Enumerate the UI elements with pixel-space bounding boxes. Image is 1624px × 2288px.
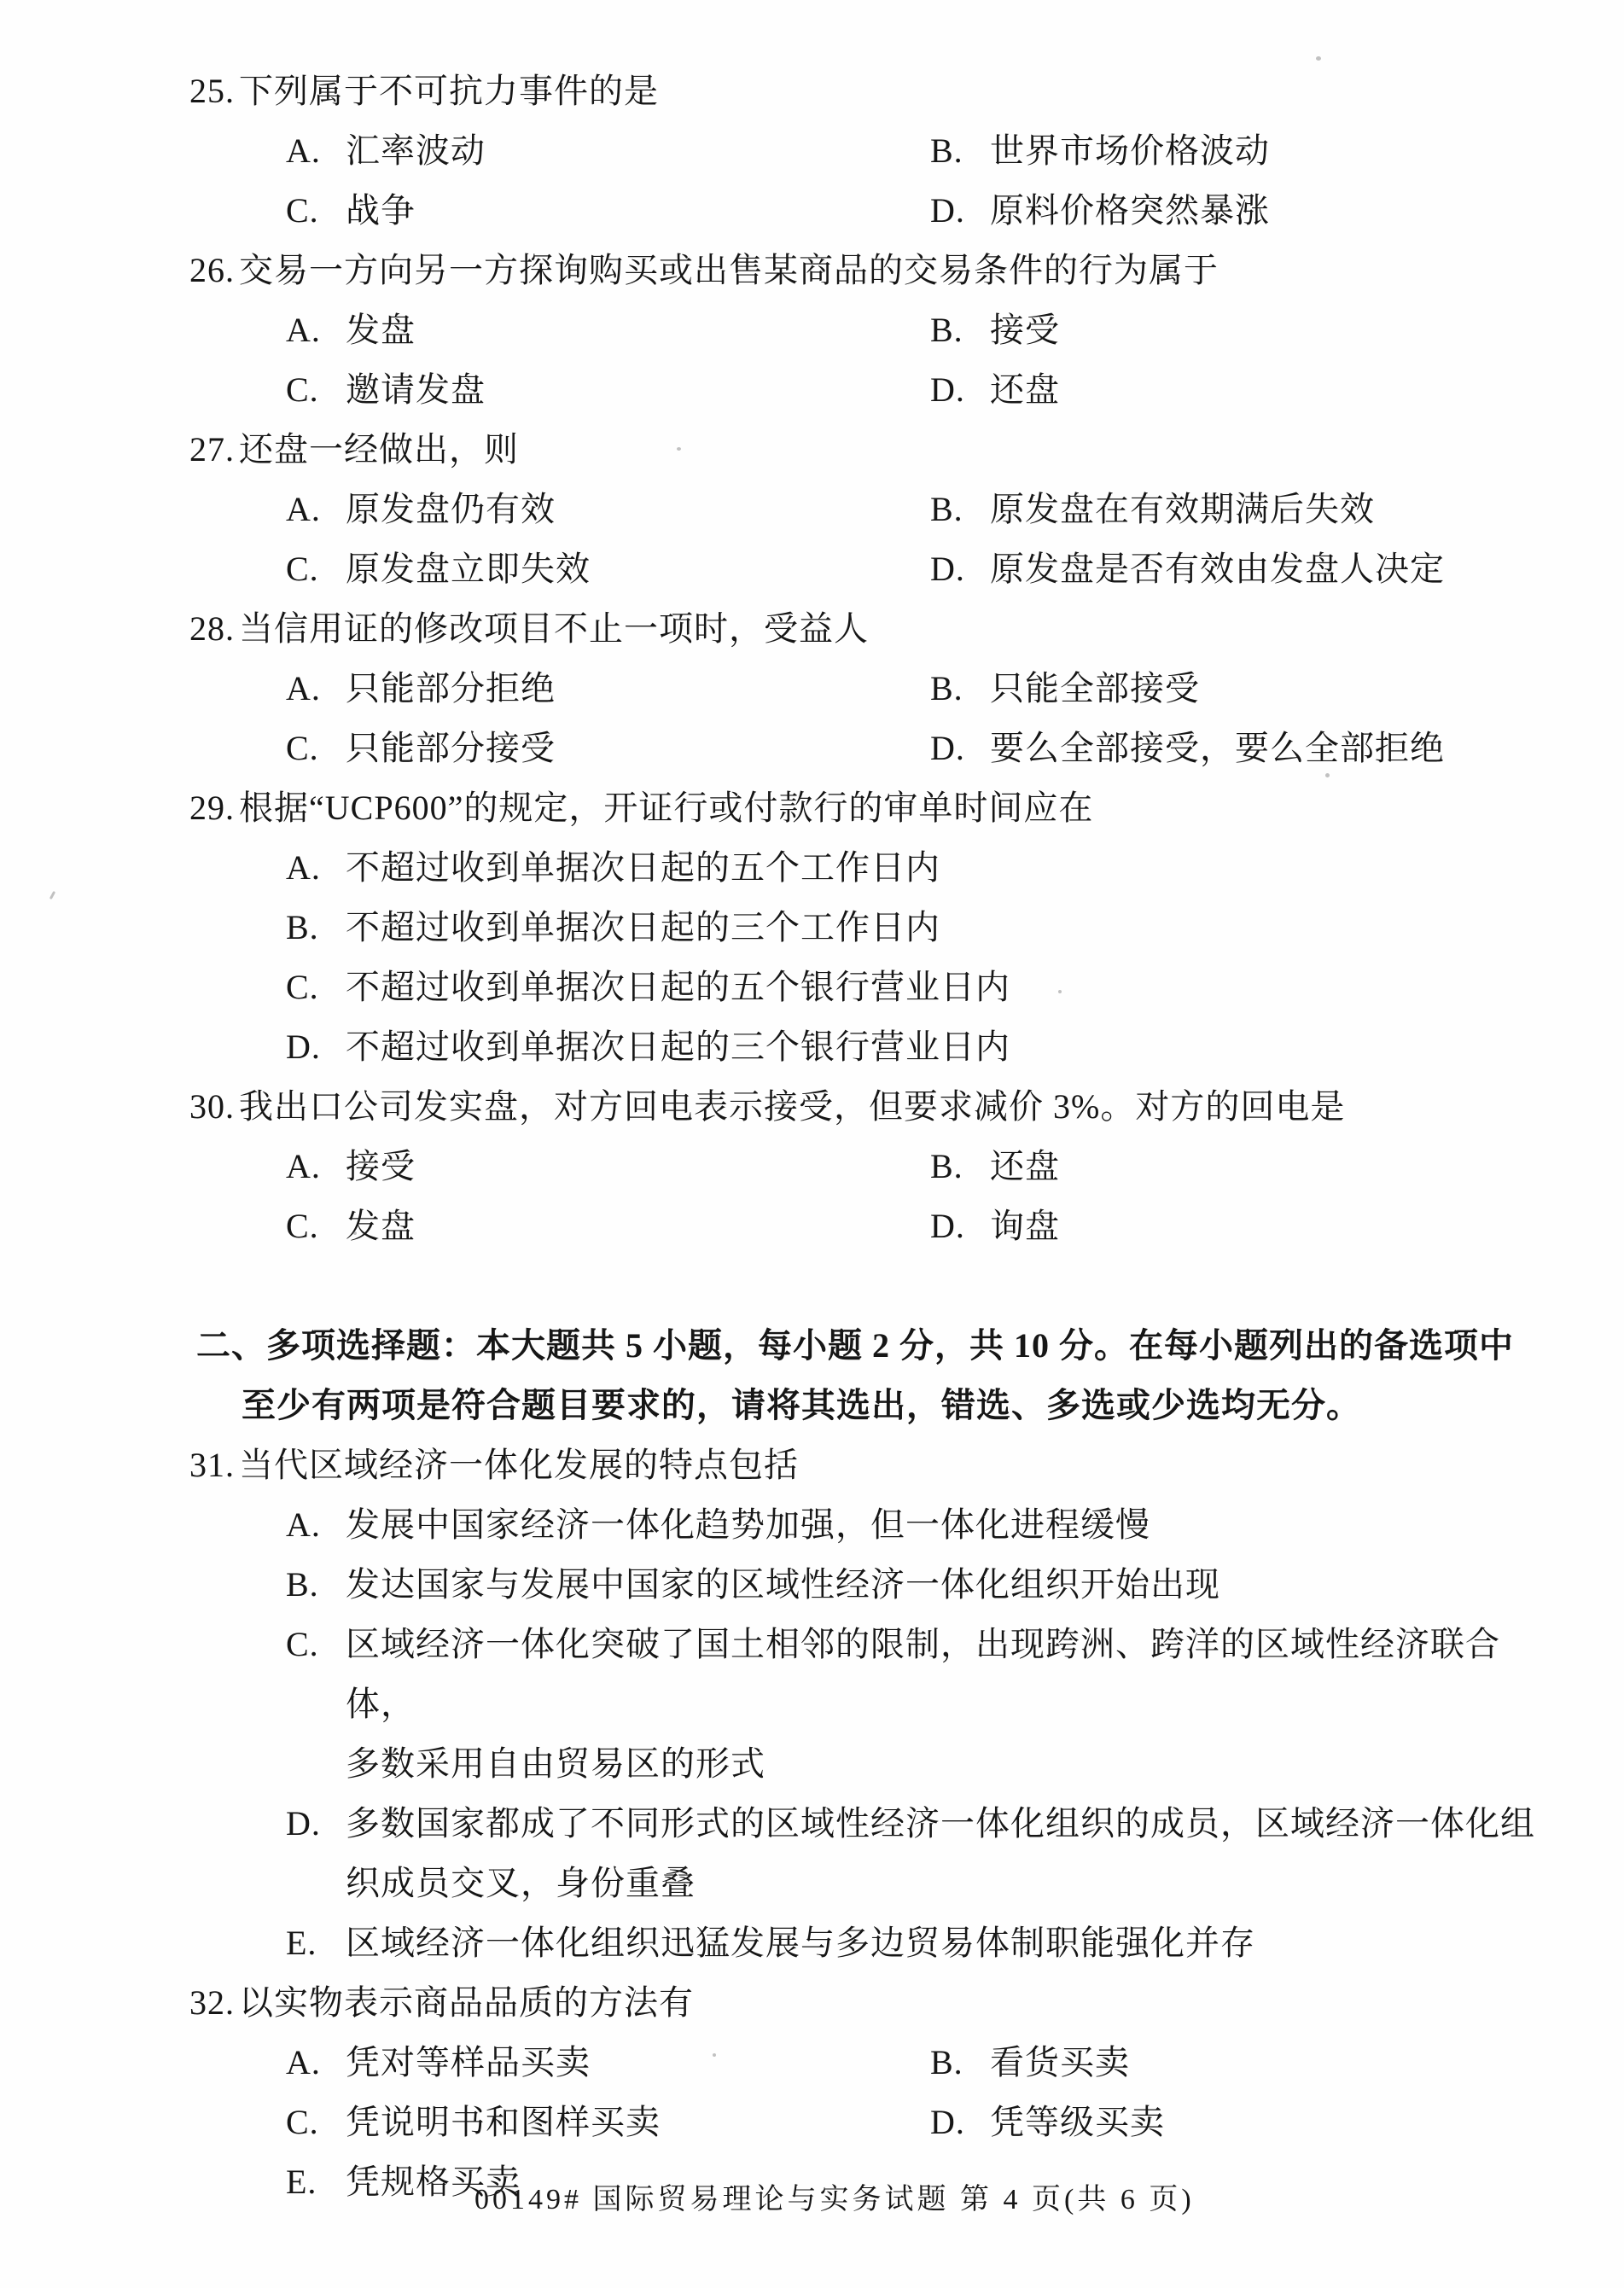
question-31-option-b-row: B. 发达国家与发展中国家的区域性经济一体化组织开始出现 [0, 1555, 1624, 1615]
option-29-c-letter: C. [286, 958, 346, 1017]
option-28-d: D. 要么全部接受，要么全部拒绝 [930, 719, 1624, 778]
option-32-a: A. 凭对等样品买卖 [286, 2033, 930, 2093]
option-29-b: B. 不超过收到单据次日起的三个工作日内 [286, 898, 1540, 958]
option-31-a-text: 发展中国家经济一体化趋势加强，但一体化进程缓慢 [346, 1495, 1540, 1555]
option-25-a-letter: A. [286, 121, 346, 181]
option-30-b: B. 还盘 [930, 1137, 1624, 1196]
option-25-b: B. 世界市场价格波动 [930, 121, 1624, 181]
option-27-a: A. 原发盘仍有效 [286, 480, 930, 539]
option-30-b-text: 还盘 [990, 1137, 1624, 1196]
option-26-c: C. 邀请发盘 [286, 360, 930, 420]
option-26-c-letter: C. [286, 360, 346, 420]
option-26-b-text: 接受 [990, 300, 1624, 360]
page-footer: 00149# 国际贸易理论与实务试题 第 4 页(共 6 页) [474, 2181, 1195, 2219]
question-29-number: 29. [189, 778, 239, 838]
option-31-c-text: 区域经济一体化突破了国土相邻的限制，出现跨洲、跨洋的区域性经济联合体， 多数采用… [346, 1615, 1540, 1794]
question-28-options-row-1: A. 只能部分拒绝 B. 只能全部接受 [0, 659, 1624, 719]
option-31-b-letter: B. [286, 1555, 346, 1615]
scan-speck [353, 1231, 357, 1235]
question-30-options-row-2: C. 发盘 D. 询盘 [0, 1196, 1624, 1256]
question-29-option-c-row: C. 不超过收到单据次日起的五个银行营业日内 [0, 958, 1624, 1017]
question-28: 28. 当信用证的修改项目不止一项时，受益人 [0, 599, 1624, 659]
question-25-options-row-2: C. 战争 D. 原料价格突然暴涨 [0, 181, 1624, 241]
option-25-b-letter: B. [930, 121, 990, 181]
option-30-d-letter: D. [930, 1196, 990, 1256]
option-26-d: D. 还盘 [930, 360, 1624, 420]
question-29-text: 根据“UCP600”的规定，开证行或付款行的审单时间应在 [239, 778, 1624, 838]
option-30-c: C. 发盘 [286, 1196, 930, 1256]
option-27-d: D. 原发盘是否有效由发盘人决定 [930, 539, 1624, 599]
question-28-options-row-2: C. 只能部分接受 D. 要么全部接受，要么全部拒绝 [0, 719, 1624, 778]
question-30-number: 30. [189, 1077, 239, 1137]
question-29-option-a-row: A. 不超过收到单据次日起的五个工作日内 [0, 838, 1624, 898]
question-31-option-a-row: A. 发展中国家经济一体化趋势加强，但一体化进程缓慢 [0, 1495, 1624, 1555]
question-31: 31. 当代区域经济一体化发展的特点包括 [0, 1435, 1624, 1495]
option-28-d-letter: D. [930, 719, 990, 778]
exam-content: 25. 下列属于不可抗力事件的是 A. 汇率波动 B. 世界市场价格波动 C. … [0, 61, 1624, 2212]
option-29-c-text: 不超过收到单据次日起的五个银行营业日内 [346, 958, 1540, 1017]
option-30-a-text: 接受 [346, 1137, 930, 1196]
option-26-d-text: 还盘 [990, 360, 1624, 420]
option-27-b-text: 原发盘在有效期满后失效 [990, 480, 1624, 539]
option-32-d: D. 凭等级买卖 [930, 2093, 1624, 2152]
option-25-c-letter: C. [286, 181, 346, 241]
option-27-a-text: 原发盘仍有效 [346, 480, 930, 539]
option-32-c-letter: C. [286, 2093, 346, 2152]
option-32-d-text: 凭等级买卖 [990, 2093, 1624, 2152]
question-32-options-row-1: A. 凭对等样品买卖 B. 看货买卖 [0, 2033, 1624, 2093]
question-29: 29. 根据“UCP600”的规定，开证行或付款行的审单时间应在 [0, 778, 1624, 838]
option-31-a-letter: A. [286, 1495, 346, 1555]
option-30-d-text: 询盘 [990, 1196, 1624, 1256]
question-31-option-c-row: C. 区域经济一体化突破了国土相邻的限制，出现跨洲、跨洋的区域性经济联合体， 多… [0, 1615, 1624, 1794]
question-30-text: 我出口公司发实盘，对方回电表示接受，但要求减价 3%。对方的回电是 [239, 1077, 1624, 1137]
question-26-options-row-1: A. 发盘 B. 接受 [0, 300, 1624, 360]
scan-speck [713, 2053, 716, 2057]
option-32-b: B. 看货买卖 [930, 2033, 1624, 2093]
option-31-e-letter: E. [286, 1913, 346, 1973]
option-32-e-letter: E. [286, 2152, 346, 2212]
option-26-c-text: 邀请发盘 [346, 360, 930, 420]
scan-speck [1325, 773, 1330, 777]
option-28-b: B. 只能全部接受 [930, 659, 1624, 719]
option-27-b: B. 原发盘在有效期满后失效 [930, 480, 1624, 539]
question-25-text: 下列属于不可抗力事件的是 [239, 61, 1624, 121]
section-gap [0, 1256, 1624, 1316]
option-29-d: D. 不超过收到单据次日起的三个银行营业日内 [286, 1017, 1540, 1077]
option-25-d-letter: D. [930, 181, 990, 241]
question-32-number: 32. [189, 1973, 239, 2033]
option-31-b-text: 发达国家与发展中国家的区域性经济一体化组织开始出现 [346, 1555, 1540, 1615]
scan-speck [677, 447, 681, 451]
option-28-d-text: 要么全部接受，要么全部拒绝 [990, 719, 1624, 778]
option-25-d: D. 原料价格突然暴涨 [930, 181, 1624, 241]
question-26-number: 26. [189, 241, 239, 300]
option-28-b-text: 只能全部接受 [990, 659, 1624, 719]
option-29-d-letter: D. [286, 1017, 346, 1077]
option-28-c-letter: C. [286, 719, 346, 778]
option-25-d-text: 原料价格突然暴涨 [990, 181, 1624, 241]
option-32-a-text: 凭对等样品买卖 [346, 2033, 930, 2093]
option-25-a: A. 汇率波动 [286, 121, 930, 181]
option-27-d-letter: D. [930, 539, 990, 599]
option-25-a-text: 汇率波动 [346, 121, 930, 181]
option-29-b-text: 不超过收到单据次日起的三个工作日内 [346, 898, 1540, 958]
section-2-header-line-1: 二、多项选择题：本大题共 5 小题，每小题 2 分，共 10 分。在每小题列出的… [0, 1316, 1624, 1376]
option-30-c-text: 发盘 [346, 1196, 930, 1256]
option-32-b-letter: B. [930, 2033, 990, 2093]
option-26-d-letter: D. [930, 360, 990, 420]
option-31-d-letter: D. [286, 1794, 346, 1854]
option-25-c-text: 战争 [346, 181, 930, 241]
question-32-text: 以实物表示商品品质的方法有 [239, 1973, 1624, 2033]
question-28-text: 当信用证的修改项目不止一项时，受益人 [239, 599, 1624, 659]
option-31-c-letter: C. [286, 1615, 346, 1674]
option-31-c: C. 区域经济一体化突破了国土相邻的限制，出现跨洲、跨洋的区域性经济联合体， 多… [286, 1615, 1540, 1794]
option-27-b-letter: B. [930, 480, 990, 539]
option-32-c-text: 凭说明书和图样买卖 [346, 2093, 930, 2152]
option-28-b-letter: B. [930, 659, 990, 719]
question-31-number: 31. [189, 1435, 239, 1495]
option-32-a-letter: A. [286, 2033, 346, 2093]
option-32-d-letter: D. [930, 2093, 990, 2152]
question-25-options-row-1: A. 汇率波动 B. 世界市场价格波动 [0, 121, 1624, 181]
option-29-a-text: 不超过收到单据次日起的五个工作日内 [346, 838, 1540, 898]
option-27-c: C. 原发盘立即失效 [286, 539, 930, 599]
option-26-a-text: 发盘 [346, 300, 930, 360]
option-30-d: D. 询盘 [930, 1196, 1624, 1256]
option-31-e-text: 区域经济一体化组织迅猛发展与多边贸易体制职能强化并存 [346, 1913, 1540, 1973]
option-29-b-letter: B. [286, 898, 346, 958]
option-26-b-letter: B. [930, 300, 990, 360]
option-32-b-text: 看货买卖 [990, 2033, 1624, 2093]
option-27-c-text: 原发盘立即失效 [346, 539, 930, 599]
scan-speck [1058, 990, 1062, 993]
question-25: 25. 下列属于不可抗力事件的是 [0, 61, 1624, 121]
question-31-option-d-row: D. 多数国家都成了不同形式的区域性经济一体化组织的成员，区域经济一体化组 织成… [0, 1794, 1624, 1913]
question-27-options-row-2: C. 原发盘立即失效 D. 原发盘是否有效由发盘人决定 [0, 539, 1624, 599]
option-27-d-text: 原发盘是否有效由发盘人决定 [990, 539, 1624, 599]
question-29-option-b-row: B. 不超过收到单据次日起的三个工作日内 [0, 898, 1624, 958]
question-32: 32. 以实物表示商品品质的方法有 [0, 1973, 1624, 2033]
option-26-a-letter: A. [286, 300, 346, 360]
option-27-a-letter: A. [286, 480, 346, 539]
question-25-number: 25. [189, 61, 239, 121]
option-25-c: C. 战争 [286, 181, 930, 241]
option-28-a: A. 只能部分拒绝 [286, 659, 930, 719]
option-30-b-letter: B. [930, 1137, 990, 1196]
option-32-c: C. 凭说明书和图样买卖 [286, 2093, 930, 2152]
option-28-a-letter: A. [286, 659, 346, 719]
question-27-text: 还盘一经做出，则 [239, 420, 1624, 480]
question-31-option-e-row: E. 区域经济一体化组织迅猛发展与多边贸易体制职能强化并存 [0, 1913, 1624, 1973]
question-27-options-row-1: A. 原发盘仍有效 B. 原发盘在有效期满后失效 [0, 480, 1624, 539]
option-28-a-text: 只能部分拒绝 [346, 659, 930, 719]
option-26-a: A. 发盘 [286, 300, 930, 360]
question-27-number: 27. [189, 420, 239, 480]
question-26-text: 交易一方向另一方探询购买或出售某商品的交易条件的行为属于 [239, 241, 1624, 300]
option-31-d: D. 多数国家都成了不同形式的区域性经济一体化组织的成员，区域经济一体化组 织成… [286, 1794, 1540, 1913]
option-28-c: C. 只能部分接受 [286, 719, 930, 778]
option-26-b: B. 接受 [930, 300, 1624, 360]
option-27-c-letter: C. [286, 539, 346, 599]
question-28-number: 28. [189, 599, 239, 659]
question-29-option-d-row: D. 不超过收到单据次日起的三个银行营业日内 [0, 1017, 1624, 1077]
option-31-e: E. 区域经济一体化组织迅猛发展与多边贸易体制职能强化并存 [286, 1913, 1540, 1973]
question-27: 27. 还盘一经做出，则 [0, 420, 1624, 480]
option-29-d-text: 不超过收到单据次日起的三个银行营业日内 [346, 1017, 1540, 1077]
option-30-c-letter: C. [286, 1196, 346, 1256]
option-31-a: A. 发展中国家经济一体化趋势加强，但一体化进程缓慢 [286, 1495, 1540, 1555]
exam-page: 25. 下列属于不可抗力事件的是 A. 汇率波动 B. 世界市场价格波动 C. … [0, 0, 1624, 2288]
question-26: 26. 交易一方向另一方探询购买或出售某商品的交易条件的行为属于 [0, 241, 1624, 300]
option-31-d-text: 多数国家都成了不同形式的区域性经济一体化组织的成员，区域经济一体化组 织成员交叉… [346, 1794, 1540, 1913]
option-30-a: A. 接受 [286, 1137, 930, 1196]
question-26-options-row-2: C. 邀请发盘 D. 还盘 [0, 360, 1624, 420]
question-32-options-row-2: C. 凭说明书和图样买卖 D. 凭等级买卖 [0, 2093, 1624, 2152]
scan-speck [1316, 56, 1321, 61]
question-30-options-row-1: A. 接受 B. 还盘 [0, 1137, 1624, 1196]
option-29-a-letter: A. [286, 838, 346, 898]
option-28-c-text: 只能部分接受 [346, 719, 930, 778]
option-30-a-letter: A. [286, 1137, 346, 1196]
question-31-text: 当代区域经济一体化发展的特点包括 [239, 1435, 1624, 1495]
option-25-b-text: 世界市场价格波动 [990, 121, 1624, 181]
option-29-c: C. 不超过收到单据次日起的五个银行营业日内 [286, 958, 1540, 1017]
option-29-a: A. 不超过收到单据次日起的五个工作日内 [286, 838, 1540, 898]
option-31-b: B. 发达国家与发展中国家的区域性经济一体化组织开始出现 [286, 1555, 1540, 1615]
section-2-header-line-2: 至少有两项是符合题目要求的，请将其选出，错选、多选或少选均无分。 [0, 1376, 1624, 1435]
question-30: 30. 我出口公司发实盘，对方回电表示接受，但要求减价 3%。对方的回电是 [0, 1077, 1624, 1137]
